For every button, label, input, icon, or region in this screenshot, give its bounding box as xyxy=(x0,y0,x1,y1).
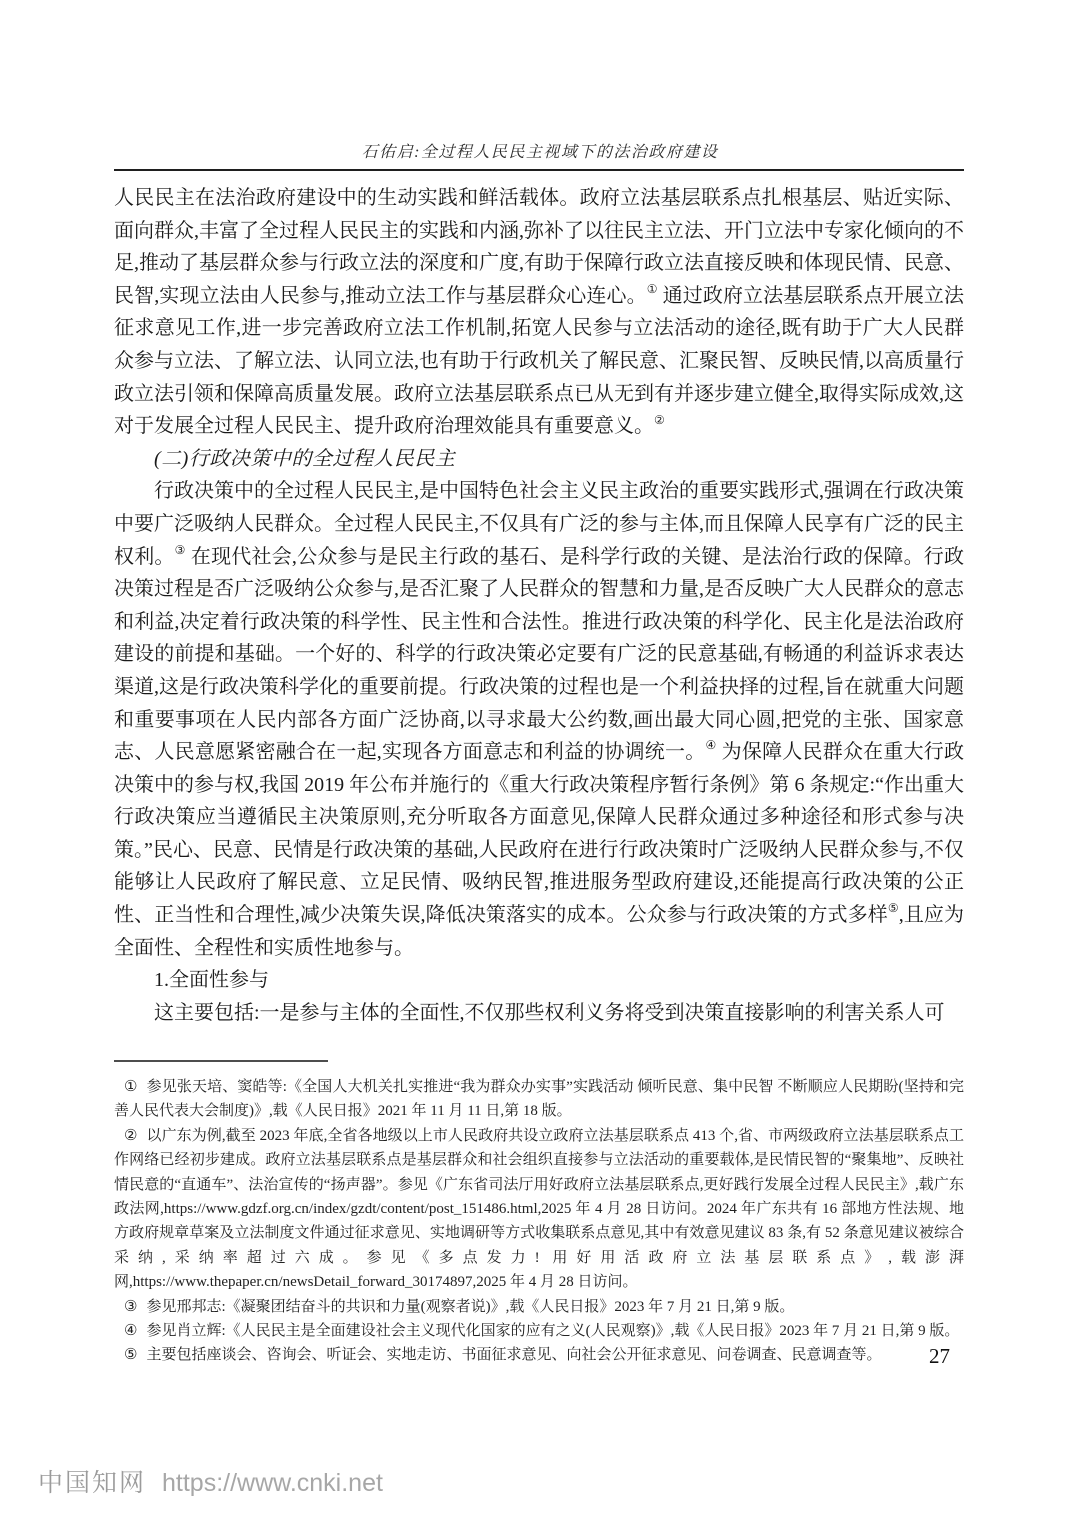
page-number: 27 xyxy=(114,1344,950,1369)
cnki-url-text: https://www.cnki.net xyxy=(162,1469,383,1497)
footnote-marker: ③ xyxy=(124,1299,137,1315)
body-paragraph-2: 行政决策中的全过程人民民主,是中国特色社会主义民主政治的重要实践形式,强调在行政… xyxy=(114,475,964,964)
footnote-separator xyxy=(114,1060,328,1062)
body-paragraph-1: 人民民主在法治政府建设中的生动实践和鲜活载体。政府立法基层联系点扎根基层、贴近实… xyxy=(114,182,964,443)
header-rule xyxy=(114,169,964,171)
section-heading: (二)行政决策中的全过程人民民主 xyxy=(114,443,964,476)
cnki-brand-text: 中国知网 xyxy=(38,1469,146,1497)
footnote-marker: ① xyxy=(124,1079,138,1095)
footnote: ④参见肖立辉:《人民民主是全面建设社会主义现代化国家的应有之义(人民观察)》,载… xyxy=(114,1319,964,1343)
subsection-heading: 1.全面性参与 xyxy=(114,964,964,997)
footnotes-block: ①参见张天培、窦皓等:《全国人大机关扎实推进“我为群众办实事”实践活动 倾听民意… xyxy=(114,1075,964,1368)
footnote: ②以广东为例,截至 2023 年底,全省各地级以上市人民政府共设立政府立法基层联… xyxy=(114,1124,964,1295)
running-title: 石佑启:全过程人民民主视域下的法治政府建设 xyxy=(0,139,1080,162)
footnote-reference: ④ xyxy=(705,738,716,752)
body-paragraph-3: 这主要包括:一是参与主体的全面性,不仅那些权利义务将受到决策直接影响的利害关系人… xyxy=(114,997,964,1030)
article-body: 人民民主在法治政府建设中的生动实践和鲜活载体。政府立法基层联系点扎根基层、贴近实… xyxy=(114,182,964,1029)
footnote: ③参见邢邦志:《凝聚团结奋斗的共识和力量(观察者说)》,载《人民日报》2023 … xyxy=(114,1295,964,1319)
journal-page: 石佑启:全过程人民民主视域下的法治政府建设 人民民主在法治政府建设中的生动实践和… xyxy=(0,0,1080,1527)
footnote-reference: ② xyxy=(654,413,665,427)
footnote: ①参见张天培、窦皓等:《全国人大机关扎实推进“我为群众办实事”实践活动 倾听民意… xyxy=(114,1075,964,1124)
footnote-reference: ⑤ xyxy=(888,901,899,915)
footnote-reference: ① xyxy=(647,282,658,296)
footnote-marker: ② xyxy=(124,1128,138,1144)
footnote-marker: ④ xyxy=(124,1323,137,1339)
cnki-watermark: 中国知网https://www.cnki.net xyxy=(38,1463,383,1499)
footnote-reference: ③ xyxy=(175,543,186,557)
